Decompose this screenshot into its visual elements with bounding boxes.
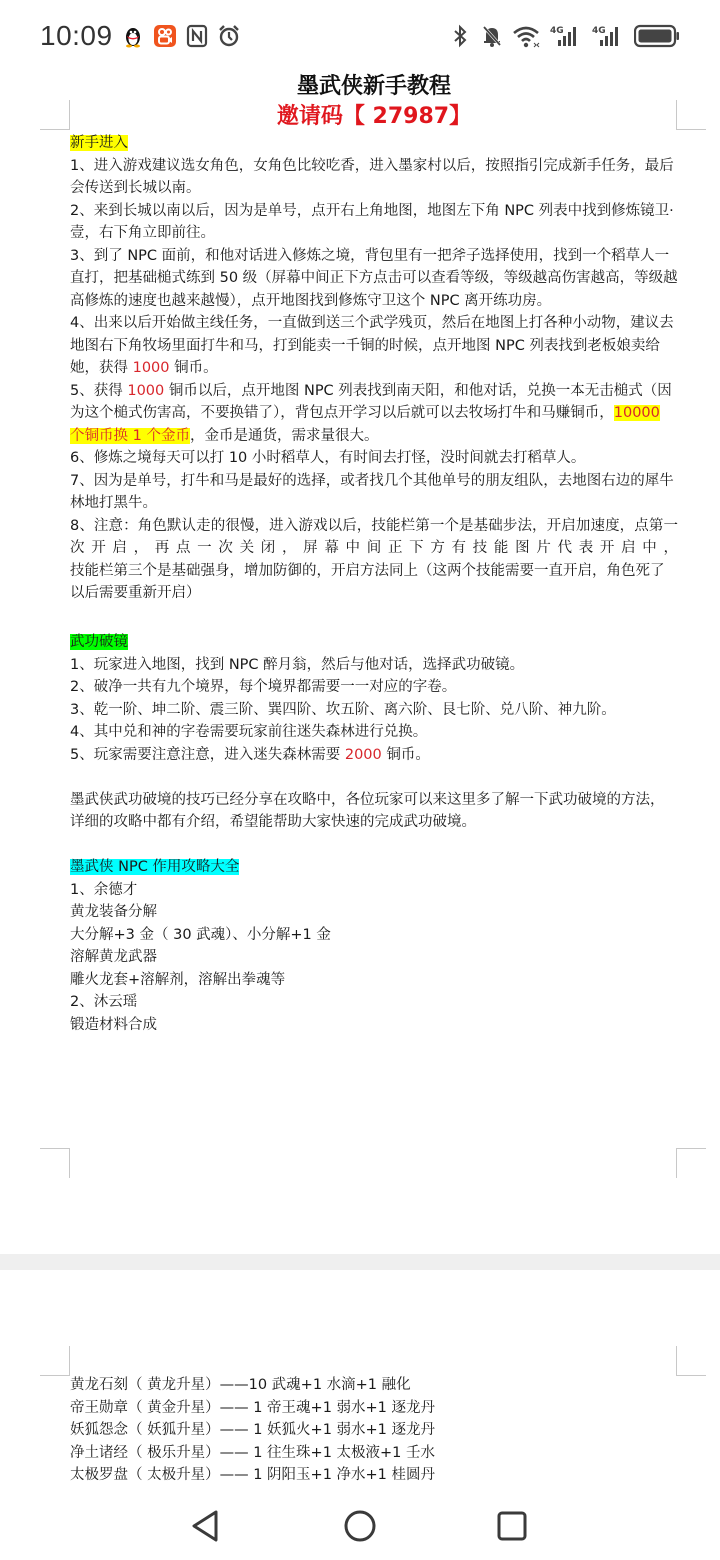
section-heading-breakthrough: 武功破镜	[70, 634, 128, 650]
svg-text:4G: 4G	[592, 26, 606, 36]
recents-button[interactable]	[492, 1506, 532, 1546]
paragraph: 5、获得 1000 铜币以后，点开地图 NPC 列表找到南天阳，和他对话，兑换一…	[70, 380, 678, 448]
upgrade-line: 净土诸经（ 极乐升星）—— 1 往生珠+1 太极液+1 壬水	[70, 1442, 678, 1465]
status-right: 4G 4G	[448, 24, 680, 48]
invite-code: 邀请码【 27987】	[70, 102, 678, 132]
bluetooth-icon	[448, 24, 472, 48]
upgrade-line: 妖狐怨念（ 妖狐升星）—— 1 妖狐火+1 弱水+1 逐龙丹	[70, 1419, 678, 1442]
highlight-number: 1000	[133, 360, 170, 376]
wifi-icon	[512, 24, 542, 48]
document-body: 墨武侠新手教程 邀请码【 27987】 新手进入 1、进入游戏建议选女角色，女角…	[70, 72, 678, 1036]
paragraph: 3、乾一阶、坤二阶、震三阶、巽四阶、坎五阶、离六阶、艮七阶、兑八阶、神九阶。	[70, 699, 678, 722]
crop-mark-top-left	[40, 1346, 70, 1376]
paragraph: 4、出来以后开始做主线任务，一直做到送三个武学残页，然后在地图上打各种小动物，建…	[70, 312, 678, 380]
signal-4g-icon: 4G	[592, 24, 626, 48]
navigation-bar	[0, 1490, 720, 1560]
kuaishou-app-icon	[153, 24, 177, 48]
highlight-number: 2000	[345, 747, 382, 763]
home-button[interactable]	[340, 1506, 380, 1546]
paragraph-line: 8、注意：角色默认走的很慢，进入游戏以后，技能栏第一个是基础步法，开启加速度，点…	[70, 515, 678, 538]
page-separator	[0, 1254, 720, 1270]
paragraph: 2、来到长城以南以后，因为是单号，点开右上角地图，地图左下角 NPC 列表中找到…	[70, 200, 678, 245]
document-title: 墨武侠新手教程	[70, 72, 678, 102]
back-button[interactable]	[186, 1506, 226, 1546]
section-heading-newbie: 新手进入	[70, 135, 128, 151]
battery-icon	[634, 24, 680, 48]
crop-mark-top-right	[676, 1346, 706, 1376]
crop-mark-top-right	[676, 100, 706, 130]
network-label-1: 4G	[550, 26, 564, 36]
paragraph: 6、修炼之境每天可以打 10 小时稻草人，有时间去打怪，没时间就去打稻草人。	[70, 447, 678, 470]
paragraph: 1、玩家进入地图，找到 NPC 醉月翁，然后与他对话，选择武功破镜。	[70, 654, 678, 677]
list-line: 溶解黄龙武器	[70, 946, 678, 969]
summary-paragraph: 墨武侠武功破境的技巧已经分享在攻略中，各位玩家可以来这里多了解一下武功破境的方法…	[70, 789, 678, 834]
paragraph-line: 技能栏第三个是基础强身，增加防御的，开启方法同上（这两个技能需要一直开启，角色死…	[70, 560, 678, 605]
highlight-number: 1000	[127, 383, 164, 399]
alarm-icon	[217, 24, 241, 48]
paragraph: 5、玩家需要注意注意，进入迷失森林需要 2000 铜币。	[70, 744, 678, 767]
status-left: 10:09	[40, 20, 241, 52]
nfc-icon	[185, 24, 209, 48]
upgrade-line: 帝王勋章（ 黄金升星）—— 1 帝王魂+1 弱水+1 逐龙丹	[70, 1397, 678, 1420]
paragraph: 7、因为是单号，打牛和马是最好的选择，或者找几个其他单号的朋友组队，去地图右边的…	[70, 470, 678, 515]
list-line: 锻造材料合成	[70, 1014, 678, 1037]
paragraph-line: 次开启，再点一次关闭，屏幕中间正下方有技能图片代表开启中，	[70, 537, 678, 560]
recents-square-icon	[496, 1510, 528, 1542]
home-circle-icon	[343, 1509, 377, 1543]
list-line: 大分解+3 金（ 30 武魂）、小分解+1 金	[70, 924, 678, 947]
list-line: 1、余德才	[70, 879, 678, 902]
crop-mark-top-left	[40, 100, 70, 130]
crop-mark-bottom-left	[40, 1148, 70, 1178]
paragraph: 2、破净一共有九个境界，每个境界都需要一一对应的字卷。	[70, 676, 678, 699]
back-triangle-icon	[190, 1509, 222, 1543]
document-page-2[interactable]: 黄龙石刻（ 黄龙升星）——10 武魂+1 水滴+1 融化 帝王勋章（ 黄金升星）…	[0, 1270, 720, 1500]
list-line: 2、沐云瑶	[70, 991, 678, 1014]
qq-penguin-icon	[121, 24, 145, 48]
crop-mark-bottom-right	[676, 1148, 706, 1178]
bell-muted-icon	[480, 24, 504, 48]
section-heading-npc-guide: 墨武侠 NPC 作用攻略大全	[70, 859, 239, 875]
document-page-1[interactable]: 墨武侠新手教程 邀请码【 27987】 新手进入 1、进入游戏建议选女角色，女角…	[0, 72, 720, 1252]
paragraph: 3、到了 NPC 面前，和他对话进入修炼之境，背包里有一把斧子选择使用，找到一个…	[70, 245, 678, 313]
status-time: 10:09	[40, 20, 113, 52]
status-bar: 10:09 4G 4G	[0, 0, 720, 72]
upgrade-line: 黄龙石刻（ 黄龙升星）——10 武魂+1 水滴+1 融化	[70, 1374, 678, 1397]
paragraph: 4、其中兑和神的字卷需要玩家前往迷失森林进行兑换。	[70, 721, 678, 744]
signal-4g-icon: 4G	[550, 24, 584, 48]
upgrade-line: 太极罗盘（ 太极升星）—— 1 阴阳玉+1 净水+1 桂圆丹	[70, 1464, 678, 1487]
list-line: 雕火龙套+溶解剂，溶解出拳魂等	[70, 969, 678, 992]
document-body-page-2: 黄龙石刻（ 黄龙升星）——10 武魂+1 水滴+1 融化 帝王勋章（ 黄金升星）…	[70, 1374, 678, 1487]
paragraph: 1、进入游戏建议选女角色，女角色比较吃香，进入墨家村以后，按照指引完成新手任务，…	[70, 155, 678, 200]
list-line: 黄龙装备分解	[70, 901, 678, 924]
